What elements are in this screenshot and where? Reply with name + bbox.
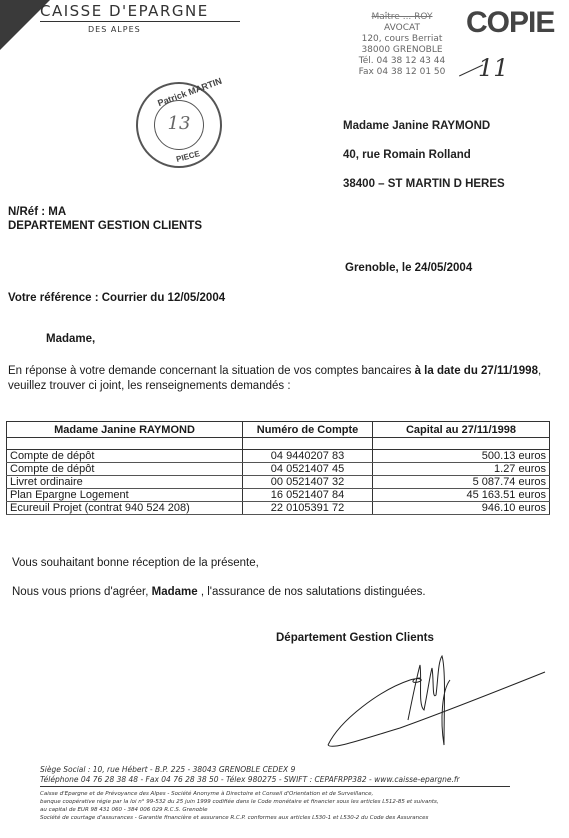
table-row: Plan Epargne Logement 16 0521407 84 45 1… (7, 489, 550, 502)
seal-bottom-text: PIECE (175, 149, 201, 164)
account-type: Compte de dépôt (7, 463, 243, 476)
handwritten-signature (320, 650, 550, 750)
table-row: Compte de dépôt 04 0521407 45 1.27 euros (7, 463, 550, 476)
closing-line-2: Nous vous prions d'agréer, Madame , l'as… (12, 586, 426, 598)
table-header-row: Madame Janine RAYMOND Numéro de Compte C… (7, 422, 550, 438)
account-type: Ecureuil Projet (contrat 940 524 208) (7, 502, 243, 515)
lawyer-city: 38000 GRENOBLE (342, 45, 462, 56)
intro-bold-date: à la date du 27/11/1998 (415, 365, 538, 377)
header-capital: Capital au 27/11/1998 (373, 422, 550, 438)
closing-line-1: Vous souhaitant bonne réception de la pr… (12, 557, 259, 569)
footer: Siège Social : 10, rue Hébert - B.P. 225… (40, 765, 560, 822)
lawyer-stamp: Maître ... ROY AVOCAT 120, cours Berriat… (342, 12, 462, 78)
lawyer-fax: Fax 04 38 12 01 50 (342, 67, 462, 78)
footer-head-office: Siège Social : 10, rue Hébert - B.P. 225… (40, 765, 560, 775)
footer-legal-4: Société de courtage d'assurances - Garan… (40, 814, 560, 822)
recipient-street: 40, rue Romain Rolland (343, 149, 505, 178)
lawyer-street: 120, cours Berriat (342, 34, 462, 45)
recipient-address: Madame Janine RAYMOND 40, rue Romain Rol… (343, 120, 505, 207)
intro-text-1: En réponse à votre demande concernant la… (8, 365, 415, 377)
intro-paragraph: En réponse à votre demande concernant la… (8, 364, 553, 394)
recipient-city: 38400 – ST MARTIN D HERES (343, 178, 505, 207)
bank-logo: CAISSE D'EPARGNE DES ALPES (40, 2, 240, 34)
reference-block: N/Réf : MA DEPARTEMENT GESTION CLIENTS (8, 205, 202, 233)
footer-legal-3: au capital de EUR 98 431 060 - 384 006 0… (40, 806, 560, 814)
signature-department: Département Gestion Clients (276, 632, 434, 644)
account-number: 22 0105391 72 (243, 502, 373, 515)
your-reference: Votre référence : Courrier du 12/05/2004 (8, 292, 225, 304)
account-number: 00 0521407 32 (243, 476, 373, 489)
closing-bold-madame: Madame (152, 586, 198, 598)
header-account-number: Numéro de Compte (243, 422, 373, 438)
lawyer-title: AVOCAT (342, 23, 462, 34)
footer-contact: Téléphone 04 76 28 38 48 - Fax 04 76 28 … (40, 775, 560, 785)
handwritten-number: 11 (478, 54, 509, 82)
account-capital: 45 163.51 euros (373, 489, 550, 502)
recipient-name: Madame Janine RAYMOND (343, 120, 505, 149)
account-type: Compte de dépôt (7, 450, 243, 463)
footer-legal-1: Caisse d'Epargne et de Prévoyance des Al… (40, 790, 560, 798)
table-blank-row (7, 438, 550, 450)
footer-divider (40, 786, 510, 787)
our-reference: N/Réf : MA (8, 205, 202, 219)
account-capital: 1.27 euros (373, 463, 550, 476)
account-number: 16 0521407 84 (243, 489, 373, 502)
table-row: Livret ordinaire 00 0521407 32 5 087.74 … (7, 476, 550, 489)
lawyer-name: Maître ... ROY (342, 12, 462, 23)
account-number: 04 0521407 45 (243, 463, 373, 476)
table-row: Compte de dépôt 04 9440207 83 500.13 eur… (7, 450, 550, 463)
account-capital: 946.10 euros (373, 502, 550, 515)
document-seal: Patrick MARTIN 13 PIECE (136, 82, 222, 168)
logo-sub-text: DES ALPES (88, 25, 240, 34)
seal-number: 13 (155, 113, 203, 134)
account-type: Livret ordinaire (7, 476, 243, 489)
closing-text-1: Nous vous prions d'agréer, (12, 586, 152, 598)
table-row: Ecureuil Projet (contrat 940 524 208) 22… (7, 502, 550, 515)
salutation: Madame, (46, 333, 95, 345)
lawyer-tel: Tél. 04 38 12 43 44 (342, 56, 462, 67)
date-line: Grenoble, le 24/05/2004 (345, 262, 472, 274)
account-capital: 5 087.74 euros (373, 476, 550, 489)
copy-stamp: COPIE (466, 6, 554, 40)
account-type: Plan Epargne Logement (7, 489, 243, 502)
footer-legal-2: banque coopérative régie par la loi n° 9… (40, 798, 560, 806)
department-name: DEPARTEMENT GESTION CLIENTS (8, 219, 202, 233)
accounts-table: Madame Janine RAYMOND Numéro de Compte C… (6, 421, 550, 515)
account-capital: 500.13 euros (373, 450, 550, 463)
account-number: 04 9440207 83 (243, 450, 373, 463)
closing-text-2: , l'assurance de nos salutations disting… (198, 586, 426, 598)
seal-inner-ring: 13 (154, 100, 204, 150)
logo-main-text: CAISSE D'EPARGNE (40, 2, 240, 22)
header-holder: Madame Janine RAYMOND (7, 422, 243, 438)
